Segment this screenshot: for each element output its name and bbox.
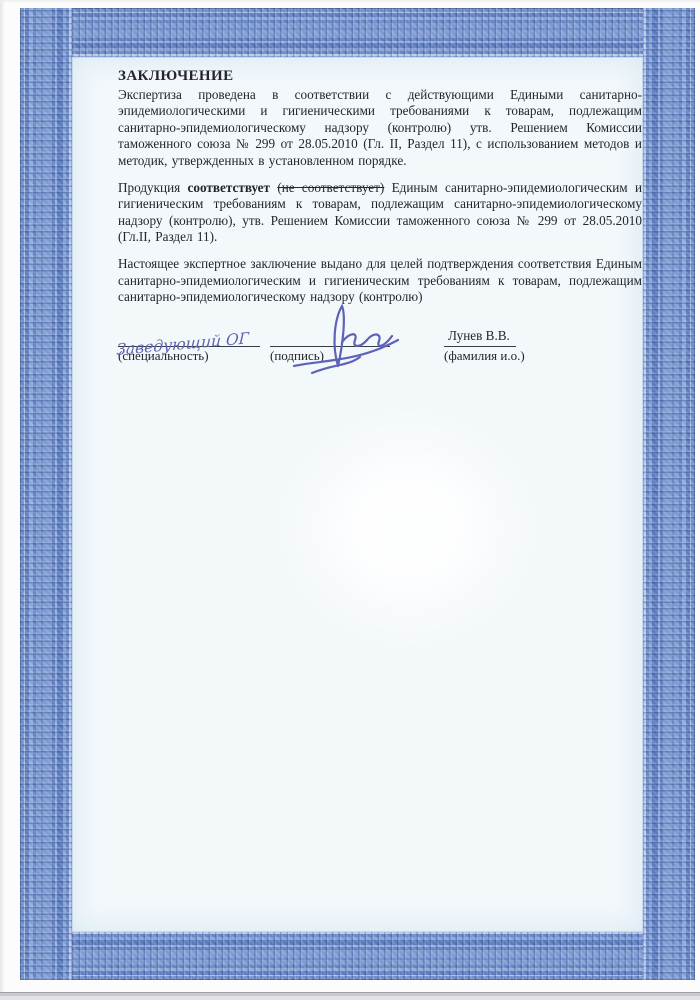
certificate-border-bottom: [20, 932, 695, 980]
paragraph-expertise: Экспертиза проведена в соответствии с де…: [118, 87, 642, 170]
certificate-page: ЗАКЛЮЧЕНИЕ Экспертиза проведена в соотве…: [0, 0, 700, 1000]
watermark: [273, 403, 543, 653]
signature-block: (подпись): [270, 322, 390, 365]
signature-row: Заведующий ОГ (специальность): [118, 322, 642, 365]
conformity-lead: Продукция: [118, 180, 180, 195]
conformity-struck: (не соответствует): [277, 180, 384, 195]
signature-ink-stroke: [282, 300, 416, 378]
certificate-border-left: [20, 8, 72, 980]
scan-edge-top: [0, 0, 700, 3]
certificate-border-top: [20, 8, 695, 57]
conformity-bold: соответствует: [188, 180, 270, 195]
expert-name: Лунев В.В.: [444, 328, 516, 347]
paragraph-purpose: Настоящее экспертное заключение выдано д…: [118, 256, 642, 306]
document-content: ЗАКЛЮЧЕНИЕ Экспертиза проведена в соотве…: [72, 57, 643, 932]
specialty-block: Заведующий ОГ (специальность): [118, 322, 260, 365]
scan-edge-left: [0, 0, 5, 992]
text-column: ЗАКЛЮЧЕНИЕ Экспертиза проведена в соотве…: [118, 68, 642, 364]
paragraph-conformity: Продукция соответствует (не соответствуе…: [118, 180, 642, 246]
certificate-border-right: [643, 8, 695, 980]
document-title: ЗАКЛЮЧЕНИЕ: [118, 68, 642, 85]
scan-edge-bottom: [0, 992, 700, 1000]
name-label: (фамилия и.о.): [444, 347, 552, 365]
name-block: Лунев В.В. (фамилия и.о.): [444, 328, 552, 364]
